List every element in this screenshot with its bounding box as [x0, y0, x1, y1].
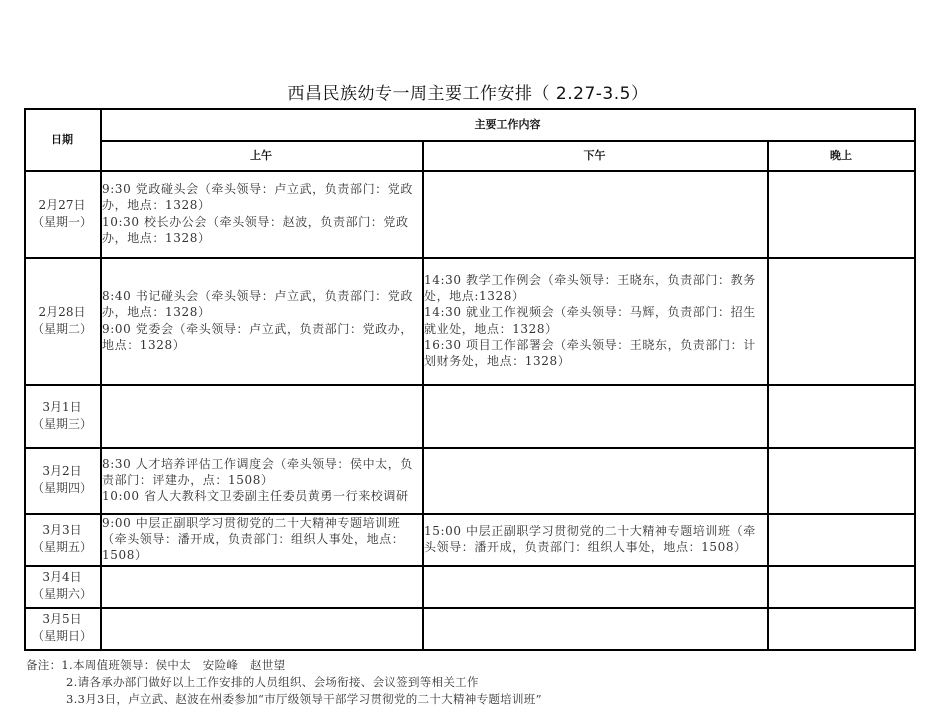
header-main-content: 主要工作内容: [100, 108, 915, 140]
grid-line: [767, 140, 769, 650]
grid-line: [24, 384, 915, 386]
grid-line: [24, 108, 915, 110]
date-label: 3月2日: [42, 463, 81, 480]
weekday-label: （星期四）: [32, 480, 92, 497]
note-item: 3.3月3日，卢立武、赵波在州委参加“市厅级领导干部学习贯彻党的二十大精神专题培…: [26, 691, 542, 708]
grid-line: [24, 257, 915, 259]
afternoon-cell: 15:00 中层正副职学习贯彻党的二十大精神专题培训班（牵头领导：潘开成，负责部…: [422, 513, 767, 565]
page-title: 西昌民族幼专一周主要工作安排（ 2.27-3.5）: [0, 79, 936, 104]
grid-line: [24, 108, 26, 650]
note-item: 2.请各承办部门做好以上工作安排的人员组织、会场衔接、会议签到等相关工作: [26, 674, 542, 691]
date-label: 3月4日: [42, 569, 81, 586]
afternoon-cell: [422, 447, 767, 513]
schedule-event: 10:30 校长办公会（牵头领导：赵波，负责部门：党政办，地点：1328）: [102, 214, 418, 246]
evening-cell: [767, 257, 915, 384]
morning-cell: 8:40 书记碰头会（牵头领导：卢立武，负责部门：党政办，地点：1328）9:0…: [100, 257, 422, 384]
schedule-event: 9:30 党政碰头会（牵头领导：卢立武，负责部门：党政办，地点：1328）: [102, 181, 418, 213]
morning-cell: [100, 607, 422, 649]
header-afternoon: 下午: [422, 140, 767, 170]
header-morning: 上午: [100, 140, 422, 170]
morning-cell: [100, 384, 422, 447]
notes-label: 备注：: [26, 658, 61, 672]
evening-cell: [767, 384, 915, 447]
schedule-table: 日期 主要工作内容 上午 下午 晚上 2月27日（星期一）9:30 党政碰头会（…: [24, 108, 915, 650]
schedule-event: 8:30 人才培养评估工作调度会（牵头领导：侯中太，负责部门：评建办，点：150…: [102, 456, 418, 488]
date-label: 3月1日: [42, 399, 81, 416]
grid-line: [422, 140, 424, 650]
schedule-event: 9:00 党委会（牵头领导：卢立武，负责部门：党政办，地点：1328）: [102, 321, 418, 353]
evening-cell: [767, 447, 915, 513]
grid-line: [100, 108, 102, 650]
evening-cell: [767, 565, 915, 607]
morning-cell: [100, 565, 422, 607]
note-item: 备注：1.本周值班领导：侯中太 安险峰 赵世望: [26, 657, 542, 674]
date-cell: 3月1日（星期三）: [24, 384, 100, 447]
date-cell: 3月2日（星期四）: [24, 447, 100, 513]
weekday-label: （星期日）: [32, 628, 92, 645]
date-label: 3月3日: [42, 522, 81, 539]
weekday-label: （星期六）: [32, 586, 92, 603]
date-label: 2月27日: [39, 197, 86, 214]
date-cell: 2月28日（星期二）: [24, 257, 100, 384]
evening-cell: [767, 513, 915, 565]
header-date: 日期: [24, 108, 100, 170]
evening-cell: [767, 607, 915, 649]
grid-line: [24, 447, 915, 449]
notes-section: 备注：1.本周值班领导：侯中太 安险峰 赵世望 2.请各承办部门做好以上工作安排…: [26, 657, 542, 708]
afternoon-cell: [422, 170, 767, 257]
afternoon-cell: [422, 607, 767, 649]
afternoon-cell: [422, 565, 767, 607]
afternoon-cell: 14:30 教学工作例会（牵头领导：王晓东，负责部门：教务处，地点:1328）1…: [422, 257, 767, 384]
date-label: 2月28日: [39, 304, 86, 321]
schedule-event: 14:30 教学工作例会（牵头领导：王晓东，负责部门：教务处，地点:1328）: [424, 272, 763, 304]
schedule-event: 15:00 中层正副职学习贯彻党的二十大精神专题培训班（牵头领导：潘开成，负责部…: [424, 523, 763, 555]
date-cell: 3月4日（星期六）: [24, 565, 100, 607]
grid-line: [24, 649, 916, 651]
grid-line: [24, 170, 915, 172]
morning-cell: 9:30 党政碰头会（牵头领导：卢立武，负责部门：党政办，地点：1328）10:…: [100, 170, 422, 257]
afternoon-cell: [422, 384, 767, 447]
grid-line: [24, 607, 915, 609]
date-cell: 3月3日（星期五）: [24, 513, 100, 565]
weekday-label: （星期二）: [32, 321, 92, 338]
date-label: 3月5日: [42, 611, 81, 628]
grid-line: [24, 565, 915, 567]
evening-cell: [767, 170, 915, 257]
schedule-event: 8:40 书记碰头会（牵头领导：卢立武，负责部门：党政办，地点：1328）: [102, 288, 418, 320]
grid-line: [24, 513, 915, 515]
weekday-label: （星期三）: [32, 416, 92, 433]
schedule-event: 16:30 项目工作部署会（牵头领导：王晓东，负责部门：计划财务处，地点：132…: [424, 337, 763, 369]
header-evening: 晚上: [767, 140, 915, 170]
weekday-label: （星期一）: [32, 214, 92, 231]
grid-line: [100, 140, 915, 142]
grid-line: [914, 108, 916, 650]
morning-cell: 9:00 中层正副职学习贯彻党的二十大精神专题培训班（牵头领导：潘开成，负责部门…: [100, 513, 422, 565]
morning-cell: 8:30 人才培养评估工作调度会（牵头领导：侯中太，负责部门：评建办，点：150…: [100, 447, 422, 513]
date-cell: 2月27日（星期一）: [24, 170, 100, 257]
schedule-event: 9:00 中层正副职学习贯彻党的二十大精神专题培训班（牵头领导：潘开成，负责部门…: [102, 515, 418, 564]
date-cell: 3月5日（星期日）: [24, 607, 100, 649]
weekday-label: （星期五）: [32, 539, 92, 556]
schedule-event: 14:30 就业工作视频会（牵头领导：马辉，负责部门：招生就业处，地点：1328…: [424, 304, 763, 336]
schedule-event: 10:00 省人大教科文卫委副主任委员黄勇一行来校调研: [102, 488, 418, 504]
